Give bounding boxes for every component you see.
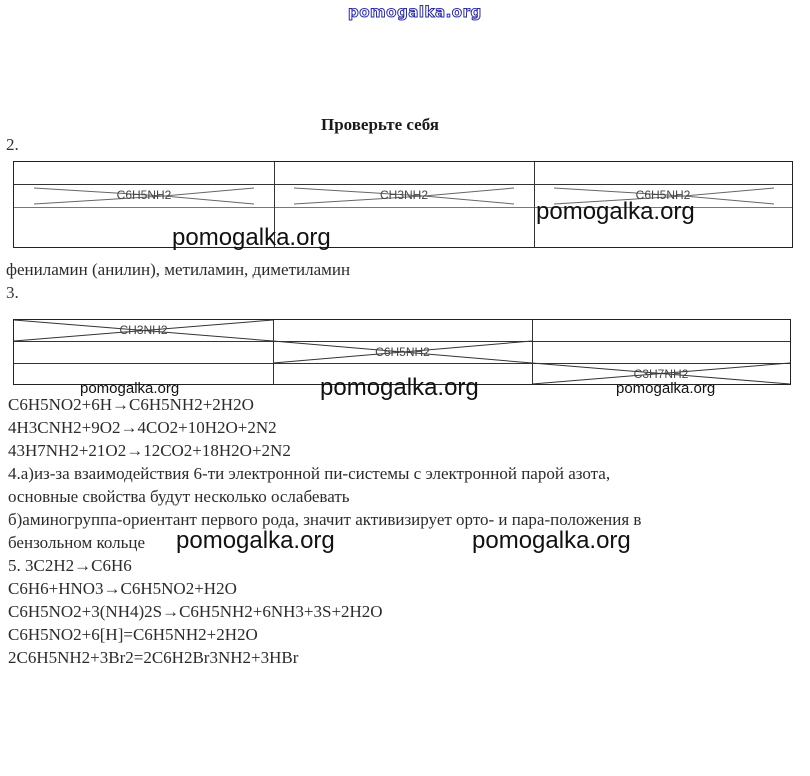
equation-line: 4H3CNH2+9O2→4CO2+10H2O+2N2: [8, 418, 277, 438]
text-line: основные свойства будут несколько ослабе…: [8, 487, 350, 507]
equation-line: C6H6+HNO3→C6H5NO2+H2O: [8, 579, 237, 599]
watermark: pomogalka.org: [320, 374, 479, 402]
table-cell: C3H7NH2: [532, 367, 790, 381]
watermark: pomogalka.org: [536, 198, 695, 226]
equation-line: C6H5NO2+3(NH4)2S→C6H5NH2+6NH3+3S+2H2O: [8, 602, 383, 622]
section-2-number: 2.: [6, 135, 19, 155]
watermark: pomogalka.org: [616, 380, 715, 397]
watermark: pomogalka.org: [172, 224, 331, 252]
text-line: 4.а)из-за взаимодействия 6-ти электронно…: [8, 464, 610, 484]
table-cell: CH3NH2: [274, 188, 534, 202]
watermark: pomogalka.org: [472, 527, 631, 555]
table-cell: C6H5NH2: [273, 345, 532, 359]
section-2-answer: фениламин (анилин), метиламин, диметилам…: [6, 260, 350, 280]
page-title: Проверьте себя: [321, 115, 439, 135]
watermark: pomogalka.org: [176, 527, 335, 555]
equation-line: 5. 3C2H2→C6H6: [8, 556, 132, 576]
section-3-number: 3.: [6, 283, 19, 303]
site-watermark-top: pomogalka.org: [348, 3, 482, 21]
equation-line: C6H5NO2+6[H]=C6H5NH2+2H2O: [8, 625, 258, 645]
table-cell: C6H5NH2: [14, 188, 274, 202]
equation-line: 43H7NH2+21O2→12CO2+18H2O+2N2: [8, 441, 291, 461]
text-line: бензольном кольце: [8, 533, 145, 553]
equation-line: C6H5NO2+6H→C6H5NH2+2H2O: [8, 395, 254, 415]
equation-line: 2C6H5NH2+3Br2=2C6H2Br3NH2+3HBr: [8, 648, 298, 668]
table-cell: CH3NH2: [14, 323, 273, 337]
